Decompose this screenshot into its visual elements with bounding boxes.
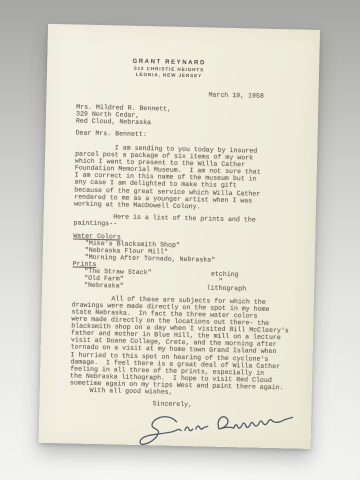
paragraph-2: Here is a list of the prints and thepain…: [73, 213, 295, 232]
paragraph-3: All of these are subjects for which thed…: [70, 295, 294, 399]
letterhead: GRANT REYNARD 512 CHRISTIE HEIGHTS LEONI…: [97, 58, 241, 80]
paragraph-1: I am sending to you today by insuredparc…: [74, 144, 297, 212]
date-line: March 19, 1958: [76, 88, 298, 100]
salutation: Dear Mrs. Bennett:: [76, 130, 298, 142]
print-items: "The Straw Stack" etching "Old Farm" " "…: [72, 267, 294, 293]
letter-paper: GRANT REYNARD 512 CHRISTIE HEIGHTS LEONI…: [39, 24, 320, 449]
recipient-address: Mrs. Mildred R. Bennett,329 North Cedar,…: [76, 104, 298, 130]
letter-body: March 19, 1958 Mrs. Mildred R. Bennett,3…: [69, 88, 299, 449]
signature-handwriting: [132, 406, 306, 452]
